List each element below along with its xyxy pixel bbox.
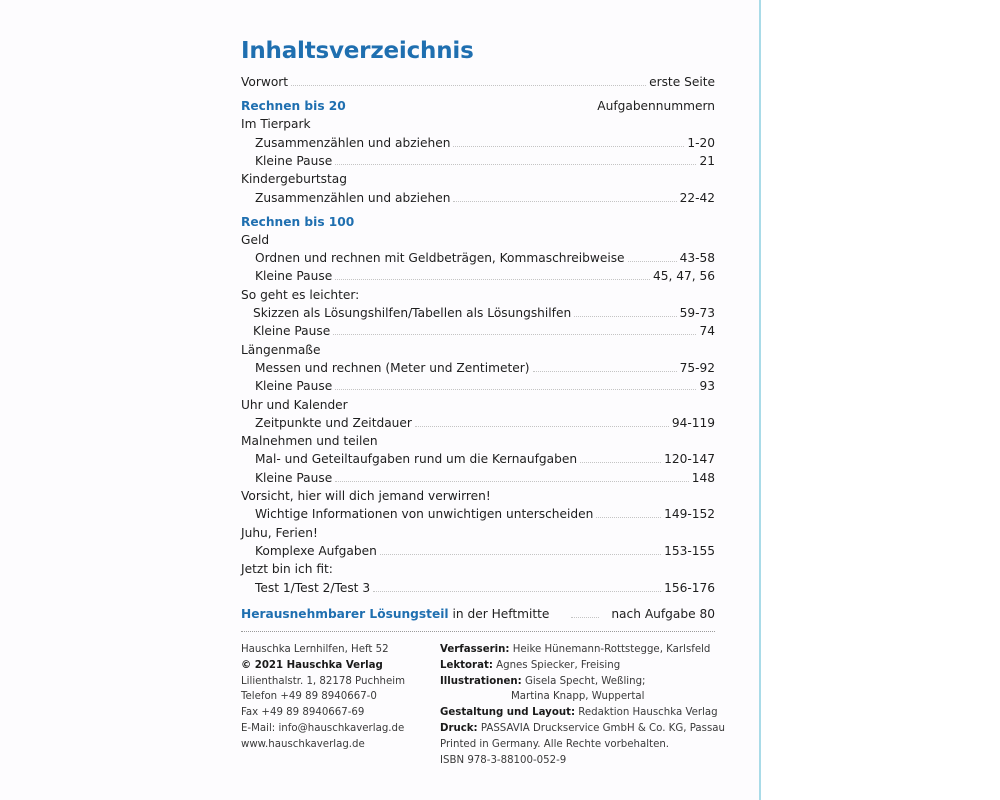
dot-leader xyxy=(350,182,712,183)
dot-leader xyxy=(380,553,661,555)
dot-leader xyxy=(349,109,594,110)
dot-leader xyxy=(314,127,712,128)
toc-number: 93 xyxy=(699,378,715,394)
dot-leader xyxy=(333,333,696,335)
footer-line: Verfasserin: Heike Hünemann-Rottstegge, … xyxy=(440,642,725,658)
toc-label: Mal- und Geteiltaufgaben rund um die Ker… xyxy=(241,451,577,467)
footer-line: Illustrationen: Gisela Specht, Weßling; xyxy=(440,674,725,690)
dot-leader xyxy=(580,461,661,463)
dot-leader xyxy=(357,225,712,226)
toc-row: Zusammenzählen und abziehen22-42 xyxy=(241,188,715,206)
toc-number: 59-73 xyxy=(680,305,715,321)
toc-label: Zusammenzählen und abziehen xyxy=(241,190,450,206)
toc-number: 74 xyxy=(699,323,715,339)
toc-label: Komplexe Aufgaben xyxy=(241,543,377,559)
footer-line: Hauschka Lernhilfen, Heft 52 xyxy=(241,642,405,658)
dot-leader xyxy=(291,84,646,86)
toc-number: 156-176 xyxy=(664,580,715,596)
footer-text: Martina Knapp, Wuppertal xyxy=(511,691,644,702)
footer-line: Lilienthalstr. 1, 82178 Puchheim xyxy=(241,674,405,690)
toc-row: Vorsicht, hier will dich jemand verwirre… xyxy=(241,486,715,504)
footer-line: ISBN 978-3-88100-052-9 xyxy=(440,753,725,769)
solutions-rest: in der Heftmitte xyxy=(449,607,550,621)
toc-row: So geht es leichter: xyxy=(241,285,715,303)
toc-row: Wichtige Informationen von unwichtigen u… xyxy=(241,504,715,522)
toc-label: Jetzt bin ich fit: xyxy=(241,561,333,577)
toc-row: Uhr und Kalender xyxy=(241,395,715,413)
toc-label: Skizzen als Lösungshilfen/Tabellen als L… xyxy=(241,305,571,321)
footer-line: Printed in Germany. Alle Rechte vorbehal… xyxy=(440,737,725,753)
toc-number: 94-119 xyxy=(672,415,715,431)
publisher-info: Hauschka Lernhilfen, Heft 52© 2021 Hausc… xyxy=(241,642,405,753)
footer-text: Printed in Germany. Alle Rechte vorbehal… xyxy=(440,739,669,750)
toc-row: Messen und rechnen (Meter und Zentimeter… xyxy=(241,358,715,376)
toc-row: Im Tierpark xyxy=(241,114,715,132)
dot-leader xyxy=(336,572,712,573)
toc-label: Zusammenzählen und abziehen xyxy=(241,135,450,151)
toc-row: Zusammenzählen und abziehen1-20 xyxy=(241,133,715,151)
toc-row: Vorworterste Seite xyxy=(241,72,715,90)
toc-label: Längenmaße xyxy=(241,342,320,358)
dot-leader xyxy=(323,353,712,354)
toc-row: Jetzt bin ich fit: xyxy=(241,559,715,577)
dot-leader xyxy=(571,616,599,618)
footer-line: E-Mail: info@hauschkaverlag.de xyxy=(241,721,405,737)
toc-number: 149-152 xyxy=(664,506,715,522)
footer-text: Redaktion Hauschka Verlag xyxy=(575,707,718,718)
footer-line: www.hauschkaverlag.de xyxy=(241,737,405,753)
toc-row: Kleine Pause45, 47, 56 xyxy=(241,266,715,284)
footer-text: Lilienthalstr. 1, 82178 Puchheim xyxy=(241,676,405,687)
dot-leader xyxy=(335,278,650,280)
dot-leader xyxy=(494,499,712,500)
dot-leader xyxy=(335,480,689,482)
footer-line: Fax +49 89 8940667-69 xyxy=(241,705,405,721)
footer-line: © 2021 Hauschka Verlag xyxy=(241,658,405,674)
toc-row: Malnehmen und teilen xyxy=(241,431,715,449)
footer-text: www.hauschkaverlag.de xyxy=(241,739,365,750)
toc-number: 148 xyxy=(692,470,715,486)
footer-text: Hauschka Lernhilfen, Heft 52 xyxy=(241,644,389,655)
toc-row: Kleine Pause148 xyxy=(241,468,715,486)
toc-label: Juhu, Ferien! xyxy=(241,525,318,541)
dot-leader xyxy=(321,536,712,537)
toc-label: Messen und rechnen (Meter und Zentimeter… xyxy=(241,360,530,376)
page-edge-line xyxy=(759,0,761,800)
toc-label: Zeitpunkte und Zeitdauer xyxy=(241,415,412,431)
dot-leader xyxy=(574,315,676,317)
toc-number: 153-155 xyxy=(664,543,715,559)
footer-bold-label: Illustrationen: xyxy=(440,676,522,687)
toc-row: Kleine Pause74 xyxy=(241,321,715,339)
toc-row: Längenmaße xyxy=(241,340,715,358)
toc-label: Vorwort xyxy=(241,74,288,90)
toc-label: Test 1/Test 2/Test 3 xyxy=(241,580,370,596)
dot-leader xyxy=(381,444,712,445)
toc-label: Rechnen bis 100 xyxy=(241,214,354,230)
footer-bold-label: Druck: xyxy=(440,723,478,734)
toc-number: 1-20 xyxy=(687,135,715,151)
footer-bold-label: Lektorat: xyxy=(440,660,493,671)
dotted-separator xyxy=(241,631,715,632)
toc-label: Malnehmen und teilen xyxy=(241,433,378,449)
toc-row: Rechnen bis 20Aufgabennummern xyxy=(241,96,715,114)
dot-leader xyxy=(335,388,696,390)
toc-row: Komplexe Aufgaben153-155 xyxy=(241,541,715,559)
toc-row: Kleine Pause21 xyxy=(241,151,715,169)
credits-info: Verfasserin: Heike Hünemann-Rottstegge, … xyxy=(440,642,725,768)
toc-row: Zeitpunkte und Zeitdauer94-119 xyxy=(241,413,715,431)
footer-line: Telefon +49 89 8940667-0 xyxy=(241,689,405,705)
dot-leader xyxy=(351,408,712,409)
toc-label: Kindergeburtstag xyxy=(241,171,347,187)
toc-number: 22-42 xyxy=(680,190,715,206)
footer-bold-label: © 2021 Hauschka Verlag xyxy=(241,660,383,671)
dot-leader xyxy=(453,200,676,202)
dot-leader xyxy=(373,590,661,592)
footer-text: Heike Hünemann-Rottstegge, Karlsfeld xyxy=(509,644,710,655)
footer-text: Gisela Specht, Weßling; xyxy=(522,676,646,687)
toc-label: Geld xyxy=(241,232,269,248)
dot-leader xyxy=(272,243,712,244)
toc-label: So geht es leichter: xyxy=(241,287,359,303)
footer-bold-label: Gestaltung und Layout: xyxy=(440,707,575,718)
toc-label: Wichtige Informationen von unwichtigen u… xyxy=(241,506,593,522)
toc-label: Im Tierpark xyxy=(241,116,311,132)
dot-leader xyxy=(335,163,696,165)
solutions-number: nach Aufgabe 80 xyxy=(611,606,715,622)
dot-leader xyxy=(533,370,677,372)
page-title: Inhaltsverzeichnis xyxy=(241,36,474,66)
toc-number: 75-92 xyxy=(680,360,715,376)
footer-text: Fax +49 89 8940667-69 xyxy=(241,707,364,718)
footer-text: Telefon +49 89 8940667-0 xyxy=(241,691,377,702)
footer-text: ISBN 978-3-88100-052-9 xyxy=(440,755,566,766)
toc-number: 45, 47, 56 xyxy=(653,268,715,284)
toc-label: Ordnen und rechnen mit Geldbeträgen, Kom… xyxy=(241,250,625,266)
toc-label: Kleine Pause xyxy=(241,378,332,394)
footer-text: E-Mail: info@hauschkaverlag.de xyxy=(241,723,404,734)
solutions-label: Herausnehmbarer Lösungsteil in der Heftm… xyxy=(241,606,549,622)
toc-row: Geld xyxy=(241,230,715,248)
footer-text: PASSAVIA Druckservice GmbH & Co. KG, Pas… xyxy=(478,723,725,734)
toc-row: Skizzen als Lösungshilfen/Tabellen als L… xyxy=(241,303,715,321)
toc-row: Kindergeburtstag xyxy=(241,169,715,187)
toc-label: Kleine Pause xyxy=(241,323,330,339)
toc-row: Kleine Pause93 xyxy=(241,376,715,394)
solutions-highlight: Herausnehmbarer Lösungsteil xyxy=(241,607,449,621)
toc-label: Vorsicht, hier will dich jemand verwirre… xyxy=(241,488,491,504)
toc-label: Uhr und Kalender xyxy=(241,397,348,413)
toc-row: Ordnen und rechnen mit Geldbeträgen, Kom… xyxy=(241,248,715,266)
toc-row: Juhu, Ferien! xyxy=(241,523,715,541)
dot-leader xyxy=(453,145,684,147)
footer-bold-label: Verfasserin: xyxy=(440,644,509,655)
toc-row: Test 1/Test 2/Test 3156-176 xyxy=(241,578,715,596)
dot-leader xyxy=(362,298,712,299)
footer-line: Martina Knapp, Wuppertal xyxy=(440,689,725,705)
toc-number: erste Seite xyxy=(649,74,715,90)
footer-line: Lektorat: Agnes Spiecker, Freising xyxy=(440,658,725,674)
footer-line: Druck: PASSAVIA Druckservice GmbH & Co. … xyxy=(440,721,725,737)
toc-number: Aufgabennummern xyxy=(597,98,715,114)
footer-line: Gestaltung und Layout: Redaktion Hauschk… xyxy=(440,705,725,721)
toc-number: 43-58 xyxy=(680,250,715,266)
toc-label: Rechnen bis 20 xyxy=(241,98,346,114)
footer-text: Agnes Spiecker, Freising xyxy=(493,660,620,671)
toc-label: Kleine Pause xyxy=(241,153,332,169)
solutions-entry: Herausnehmbarer Lösungsteil in der Heftm… xyxy=(241,604,715,622)
toc-row: Mal- und Geteiltaufgaben rund um die Ker… xyxy=(241,449,715,467)
dot-leader xyxy=(415,425,669,427)
toc-number: 120-147 xyxy=(664,451,715,467)
toc-number: 21 xyxy=(699,153,715,169)
dot-leader xyxy=(628,260,677,262)
dot-leader xyxy=(596,516,661,518)
toc-label: Kleine Pause xyxy=(241,470,332,486)
toc-row: Rechnen bis 100 xyxy=(241,212,715,230)
toc-label: Kleine Pause xyxy=(241,268,332,284)
